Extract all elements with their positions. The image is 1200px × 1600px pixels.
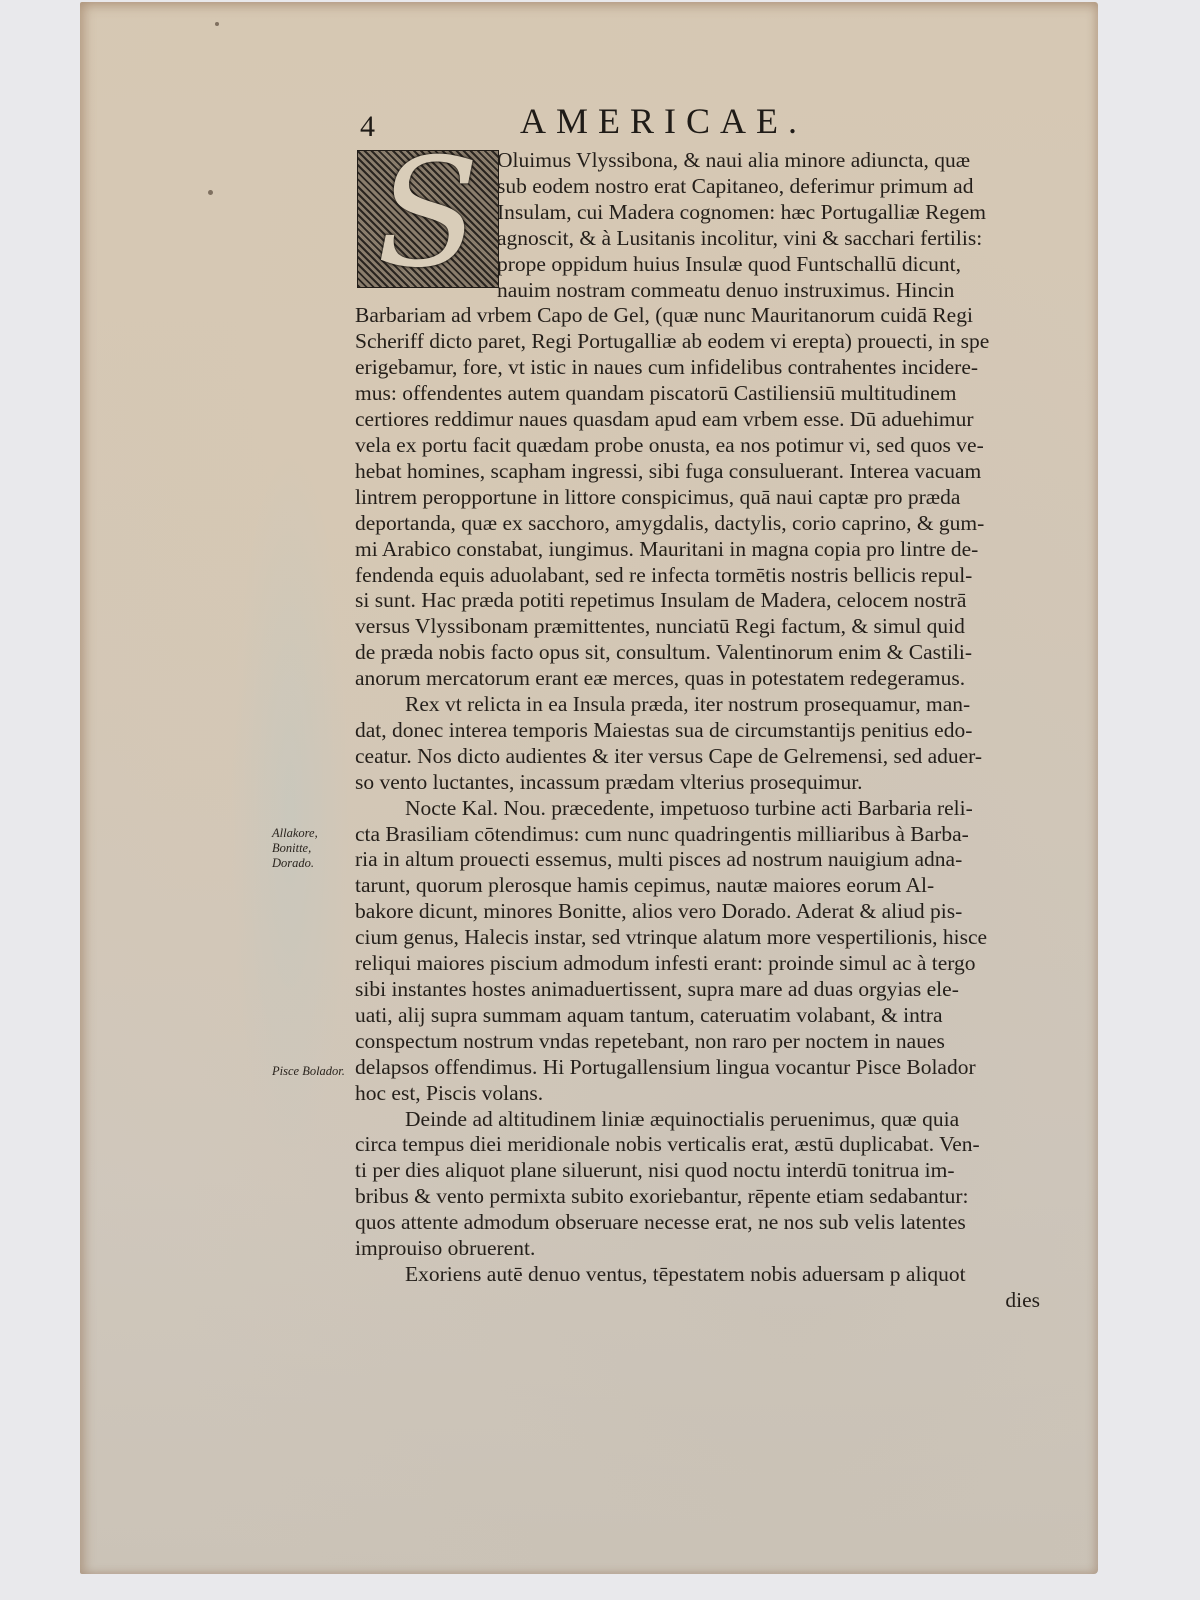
text-line: bakore dicunt, minores Bonitte, alios ve… bbox=[355, 899, 1040, 925]
text-line: delapsos offendimus. Hi Portugallensium … bbox=[355, 1055, 1040, 1081]
text-line: prope oppidum huius Insulæ quod Funtscha… bbox=[355, 252, 1040, 278]
text-line: tarunt, quorum plerosque hamis cepimus, … bbox=[355, 873, 1040, 899]
text-line: Deinde ad altitudinem liniæ æquinoctiali… bbox=[355, 1107, 1040, 1133]
paper-spot bbox=[215, 22, 219, 26]
text-line: quos attente admodum obseruare necesse e… bbox=[355, 1210, 1040, 1236]
text-line: lintrem peropportune in littore conspici… bbox=[355, 485, 1040, 511]
text-line: agnoscit, & à Lusitanis incolitur, vini … bbox=[355, 226, 1040, 252]
text-line: ria in altum prouecti essemus, multi pis… bbox=[355, 847, 1040, 873]
text-line: erigebamur, fore, vt istic in naues cum … bbox=[355, 355, 1040, 381]
text-line: certiores reddimur naues quasdam apud ea… bbox=[355, 407, 1040, 433]
text-line: anorum mercatorum erant eæ merces, quas … bbox=[355, 666, 1040, 692]
text-line: sub eodem nostro erat Capitaneo, deferim… bbox=[355, 174, 1040, 200]
text-line: circa tempus diei meridionale nobis vert… bbox=[355, 1132, 1040, 1158]
marginal-line: Pisce Bolador. bbox=[272, 1064, 345, 1079]
text-line: cta Brasiliam cōtendimus: cum nunc quadr… bbox=[355, 822, 1040, 848]
marginal-line: Bonitte, bbox=[272, 841, 318, 856]
text-line: Insulam, cui Madera cognomen: hæc Portug… bbox=[355, 200, 1040, 226]
text-line: fendenda equis aduolabant, sed re infect… bbox=[355, 563, 1040, 589]
text-line: sibi instantes hostes animaduertissent, … bbox=[355, 977, 1040, 1003]
text-line: conspectum nostrum vndas repetebant, non… bbox=[355, 1029, 1040, 1055]
text-line: hoc est, Piscis volans. bbox=[355, 1081, 1040, 1107]
text-line: mi Arabico constabat, iungimus. Mauritan… bbox=[355, 537, 1040, 563]
marginal-line: Allakore, bbox=[272, 826, 318, 841]
text-line: dat, donec interea temporis Maiestas sua… bbox=[355, 718, 1040, 744]
text-line: so vento luctantes, incassum prædam vlte… bbox=[355, 770, 1040, 796]
text-line: Barbariam ad vrbem Capo de Gel, (quæ nun… bbox=[355, 303, 1040, 329]
text-line: deportanda, quæ ex sacchoro, amygdalis, … bbox=[355, 511, 1040, 537]
text-line: ti per dies aliquot plane siluerunt, nis… bbox=[355, 1158, 1040, 1184]
text-line: mus: offendentes autem quandam piscatorū… bbox=[355, 381, 1040, 407]
text-line: nauim nostram commeatu denuo instruximus… bbox=[355, 278, 1040, 304]
text-line: Scheriff dicto paret, Regi Portugalliæ a… bbox=[355, 329, 1040, 355]
text-line: reliqui maiores piscium admodum infesti … bbox=[355, 951, 1040, 977]
text-line: versus Vlyssibonam præmittentes, nunciat… bbox=[355, 614, 1040, 640]
marginal-note-fish-names: Allakore, Bonitte, Dorado. bbox=[272, 826, 318, 871]
text-line: uati, alij supra summam aquam tantum, ca… bbox=[355, 1003, 1040, 1029]
text-line: Oluimus Vlyssibona, & naui alia minore a… bbox=[355, 148, 1040, 174]
text-line: Exoriens autē denuo ventus, tēpestatem n… bbox=[355, 1262, 1040, 1288]
text-line: ceatur. Nos dicto audientes & iter versu… bbox=[355, 744, 1040, 770]
body-text: Oluimus Vlyssibona, & naui alia minore a… bbox=[355, 148, 1040, 1314]
text-line: bribus & vento permixta subito exorieban… bbox=[355, 1184, 1040, 1210]
text-line: cium genus, Halecis instar, sed vtrinque… bbox=[355, 925, 1040, 951]
running-head: AMERICAE. bbox=[520, 100, 807, 142]
text-line: Rex vt relicta in ea Insula præda, iter … bbox=[355, 692, 1040, 718]
text-line: vela ex portu facit quædam probe onusta,… bbox=[355, 433, 1040, 459]
paper-spot bbox=[208, 190, 213, 195]
text-line: de præda nobis facto opus sit, consultum… bbox=[355, 640, 1040, 666]
marginal-note-flying-fish: Pisce Bolador. bbox=[272, 1064, 345, 1079]
text-line: Nocte Kal. Nou. præcedente, impetuoso tu… bbox=[355, 796, 1040, 822]
text-line: improuiso obruerent. bbox=[355, 1236, 1040, 1262]
catchword: dies bbox=[355, 1288, 1040, 1314]
text-line: hebat homines, scapham ingressi, sibi fu… bbox=[355, 459, 1040, 485]
marginal-line: Dorado. bbox=[272, 856, 318, 871]
text-line: si sunt. Hac præda potiti repetimus Insu… bbox=[355, 588, 1040, 614]
page-number: 4 bbox=[360, 110, 375, 144]
